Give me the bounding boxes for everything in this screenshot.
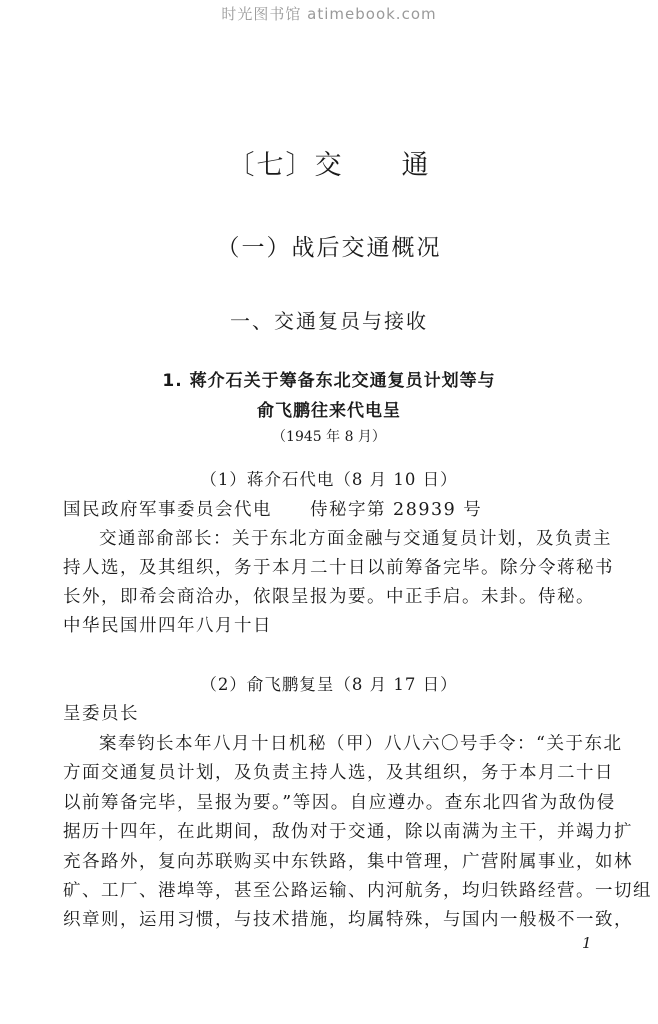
chapter-title: 〔七〕交 通 bbox=[0, 143, 658, 182]
item-heading-2: （2）俞飞鹏复呈（8 月 17 日） bbox=[0, 671, 658, 695]
body-line: 持人选，及其组织，务于本月二十日以前筹备完毕。除分令蒋秘书 bbox=[63, 554, 603, 579]
body-line: 矿、工厂、港埠等，甚至公路运输、内河航务，均归铁路经营。一切组 bbox=[63, 877, 603, 902]
body-line: 以前筹备完毕，呈报为要。”等因。自应遵办。查东北四省为敌伪侵 bbox=[63, 789, 603, 814]
page-number: 1 bbox=[582, 934, 592, 952]
body-line: 中华民国卅四年八月十日 bbox=[63, 612, 603, 637]
body-line: 据历十四年，在此期间，敌伪对于交通，除以南满为主干，并竭力扩 bbox=[63, 818, 603, 843]
document-date: （1945 年 8 月） bbox=[0, 426, 658, 446]
body-line: 案奉钧长本年八月十日机秘（甲）八八六〇号手令：“关于东北 bbox=[99, 730, 603, 755]
body-line: 交通部俞部长：关于东北方面金融与交通复员计划，及负责主 bbox=[99, 525, 603, 550]
watermark: 时光图书馆 atimebook.com bbox=[0, 3, 658, 24]
document-title-line-2: 俞飞鹏往来代电呈 bbox=[0, 396, 658, 421]
body-line: 国民政府军事委员会代电 侍秘字第 28939 号 bbox=[63, 496, 603, 521]
document-title-line-1: 1. 蒋介石关于筹备东北交通复员计划等与 bbox=[0, 366, 658, 391]
body-line: 呈委员长 bbox=[63, 700, 603, 725]
subsection-title: 一、交通复员与接收 bbox=[0, 305, 658, 334]
section-title: （一）战后交通概况 bbox=[0, 229, 658, 262]
body-line: 方面交通复员计划，及负责主持人选，及其组织，务于本月二十日 bbox=[63, 759, 603, 784]
body-line: 长外，即希会商洽办，依限呈报为要。中正手启。未卦。侍秘。 bbox=[63, 583, 603, 608]
body-line: 充各路外，复向苏联购买中东铁路，集中管理，广营附属事业，如林 bbox=[63, 848, 603, 873]
item-heading-1: （1）蒋介石代电（8 月 10 日） bbox=[0, 466, 658, 490]
body-line: 织章则，运用习惯，与技术措施，均属特殊，与国内一般极不一致， bbox=[63, 906, 603, 931]
